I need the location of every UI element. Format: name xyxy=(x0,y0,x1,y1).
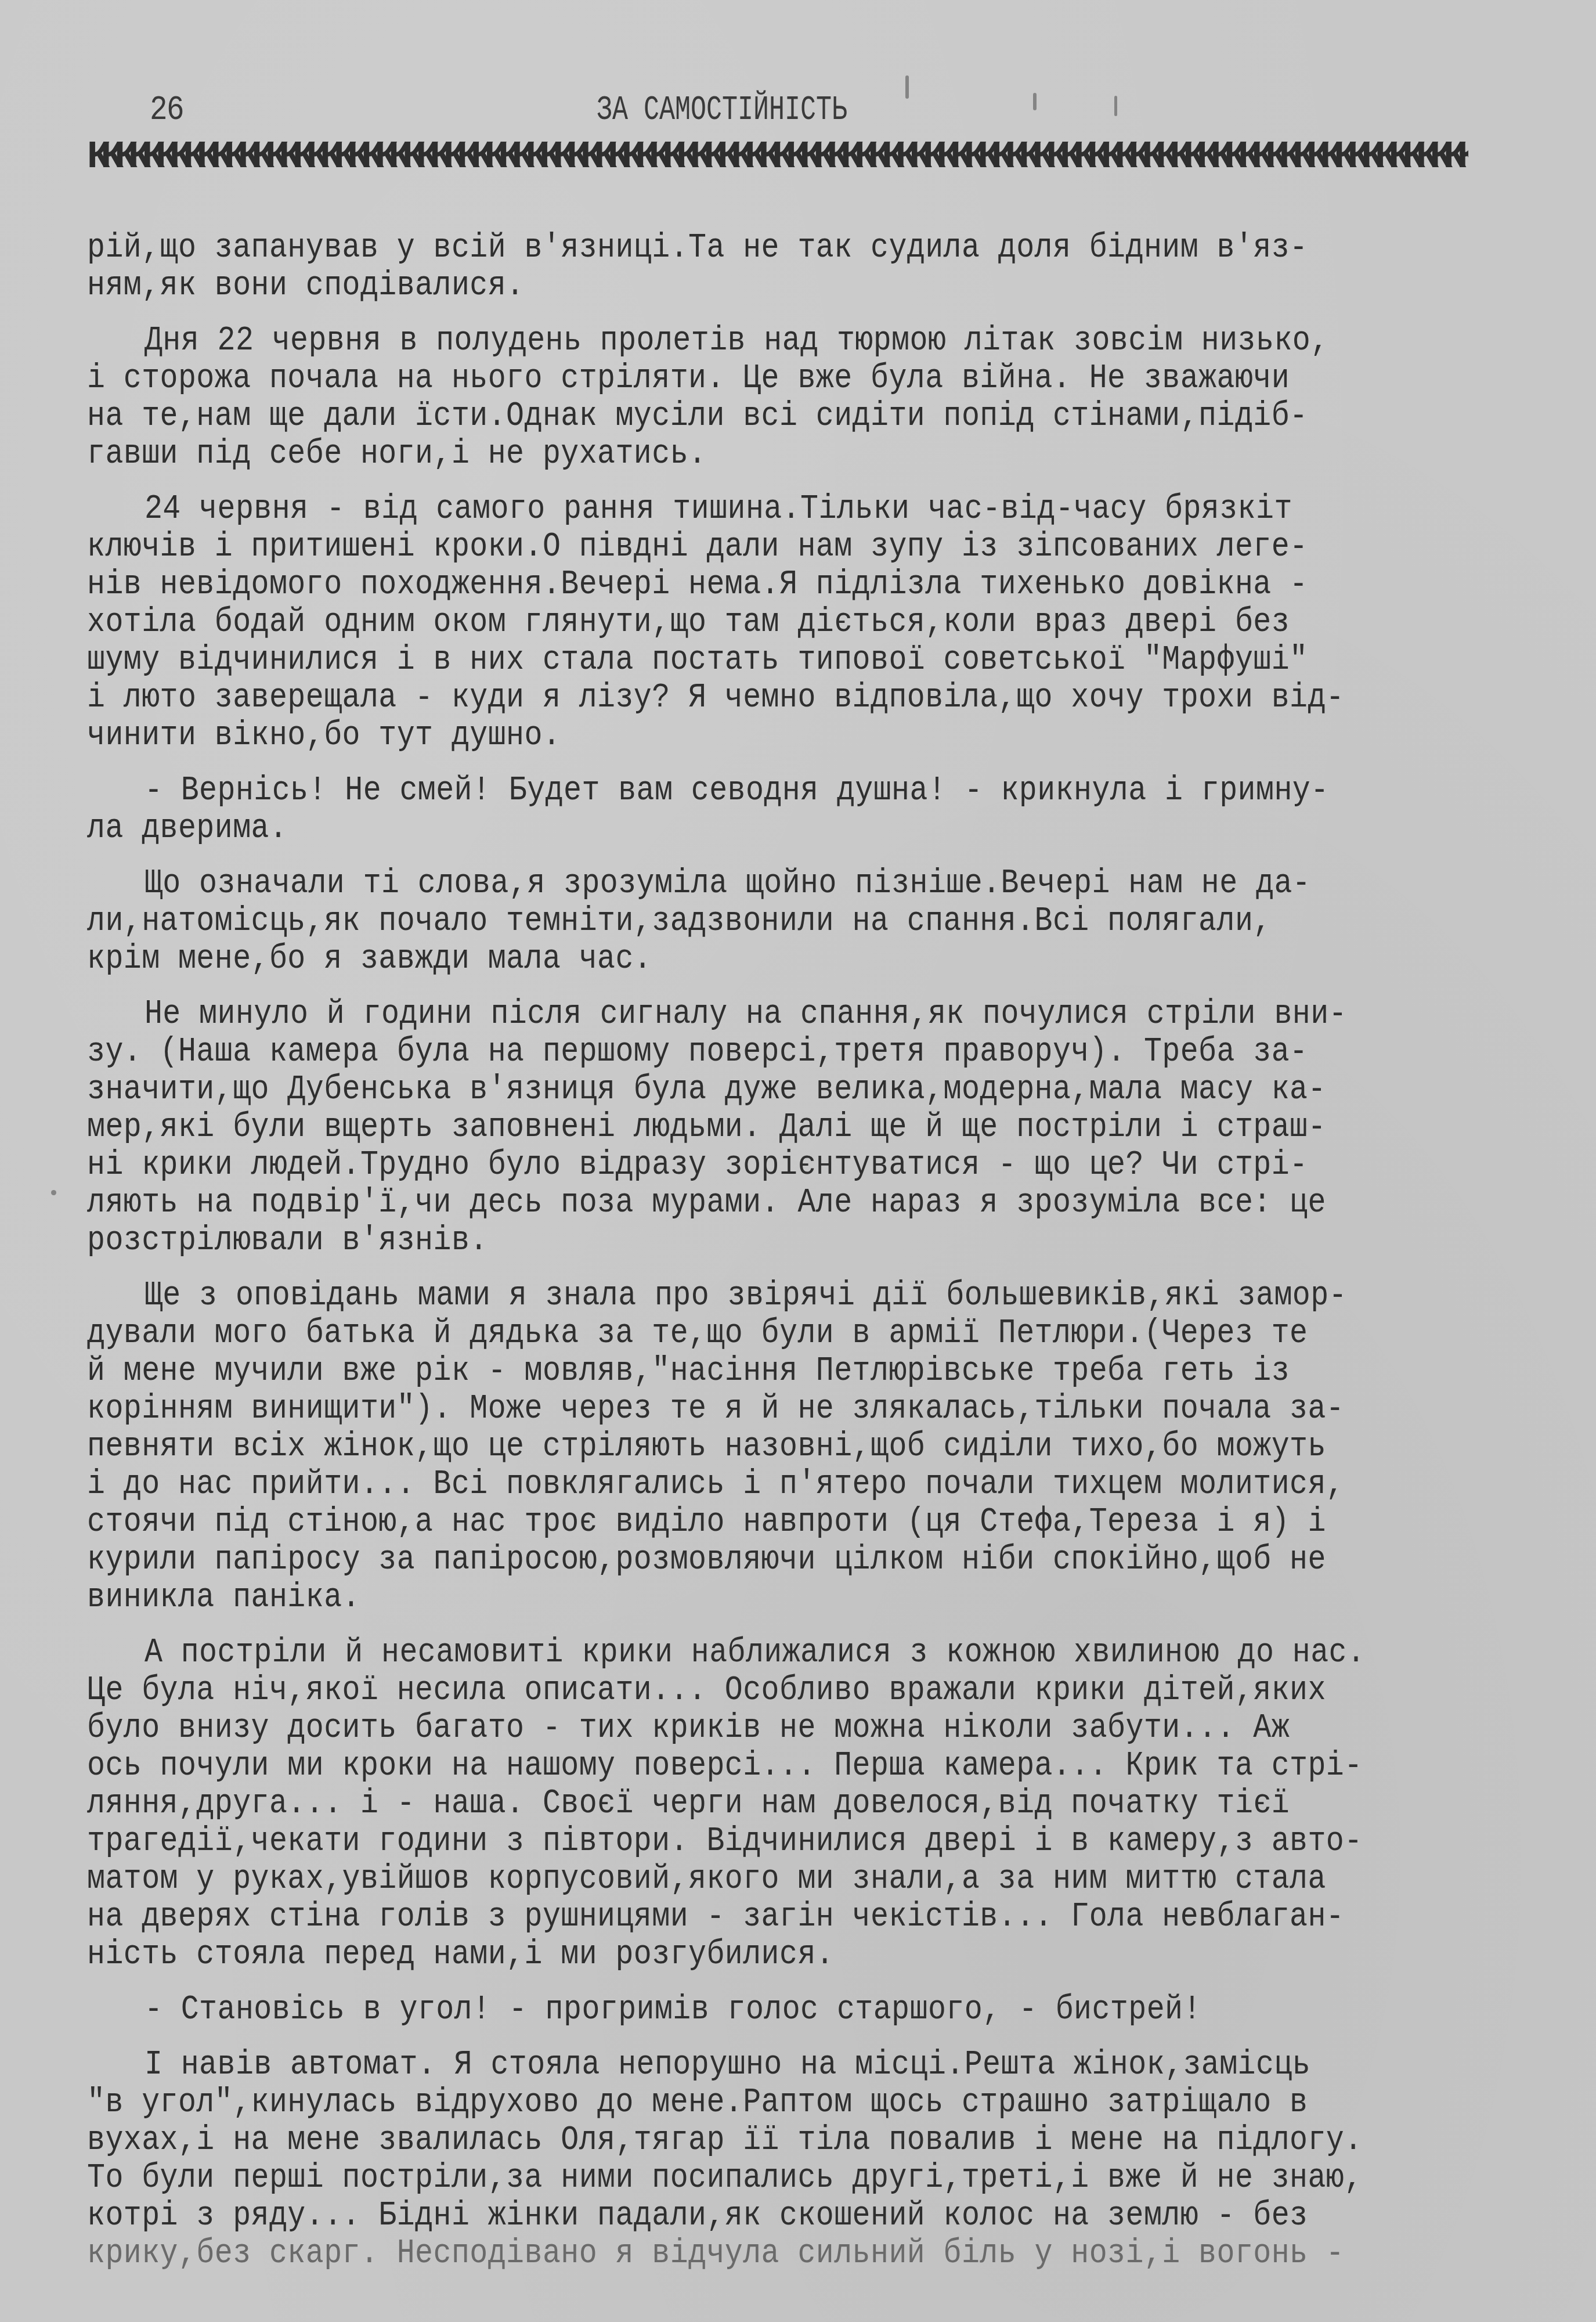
text-line: було внизу досить багато - тих криків не… xyxy=(87,1710,1325,1747)
decorative-typed-rule: КККККККККККККККККККККККККККККККККККККККК… xyxy=(87,139,1468,175)
text-line: трагедії,чекати години з півтори. Відчин… xyxy=(87,1823,1325,1861)
page-header: 26 ЗА САМОСТІЙНІСТЬ xyxy=(150,87,1473,134)
paper-speck xyxy=(905,75,909,99)
paper-speck xyxy=(1033,93,1037,110)
article-body: рій,що запанував у всій в'язниці.Та не т… xyxy=(87,229,1526,2290)
text-line: Це була ніч,якої несила описати... Особл… xyxy=(87,1672,1325,1710)
paragraph-7: Ще з оповідань мами я знала про звірячі … xyxy=(87,1277,1526,1617)
paragraph-8: А постріли й несамовиті крики наближалис… xyxy=(87,1634,1526,1974)
text-line: ключів і притишені кроки.О півдні дали н… xyxy=(87,528,1325,566)
paper-speck xyxy=(51,1190,56,1195)
text-line: дували мого батька й дядька за те,що бул… xyxy=(87,1315,1325,1353)
text-line: стоячи під стіною,а нас троє виділо навп… xyxy=(87,1503,1325,1541)
text-line: шуму відчинилися і в них стала постать т… xyxy=(87,641,1325,679)
text-line: на те,нам ще дали їсти.Однак мусіли всі … xyxy=(87,398,1325,435)
text-line: А постріли й несамовиті крики наближалис… xyxy=(87,1634,1325,1672)
text-line: котрі з ряду... Бідні жінки падали,як ск… xyxy=(87,2197,1325,2235)
text-line: певняти всіх жінок,що це стріляють назов… xyxy=(87,1428,1325,1466)
text-line: курили папіросу за папіросою,розмовляючи… xyxy=(87,1541,1325,1579)
paragraph-6: Не минуло й години після сигналу на спан… xyxy=(87,996,1526,1260)
text-line: І навів автомат. Я стояла непорушно на м… xyxy=(87,2046,1325,2084)
text-line: ням,як вони сподівалися. xyxy=(87,267,1325,305)
text-line: То були перші постріли,за ними посипалис… xyxy=(87,2159,1325,2197)
paragraph-4: - Вернісь! Не смей! Будет вам севодня ду… xyxy=(87,772,1526,848)
text-line: ні крики людей.Трудно було відразу зоріє… xyxy=(87,1146,1325,1184)
text-line: "в угол",кинулась відрухово до мене.Рапт… xyxy=(87,2084,1325,2122)
text-line: і до нас прийти... Всі повклягались і п'… xyxy=(87,1466,1325,1503)
typewritten-page: 26 ЗА САМОСТІЙНІСТЬ КККККККККККККККККККК… xyxy=(0,0,1596,2322)
text-line: Не минуло й години після сигналу на спан… xyxy=(87,996,1325,1033)
text-line: чинити вікно,бо тут душно. xyxy=(87,717,1325,755)
text-line: ла дверима. xyxy=(87,810,1325,848)
text-line: 24 червня - від самого рання тишина.Тіль… xyxy=(87,491,1325,528)
text-line: нів невідомого походження.Вечері нема.Я … xyxy=(87,566,1325,604)
text-line: ляння,друга... і - наша. Своєї черги нам… xyxy=(87,1785,1325,1823)
text-line: - Становісь в угол! - прогримів голос ст… xyxy=(87,1991,1325,2029)
text-line: й мене мучили вже рік - мовляв,"насіння … xyxy=(87,1353,1325,1390)
text-line: зу. (Наша камера була на першому поверсі… xyxy=(87,1033,1325,1071)
text-line: - Вернісь! Не смей! Будет вам севодня ду… xyxy=(87,772,1325,810)
paragraph-3: 24 червня - від самого рання тишина.Тіль… xyxy=(87,491,1526,755)
text-line: ність стояла перед нами,і ми розгубилися… xyxy=(87,1936,1325,1974)
paragraph-2: Дня 22 червня в полудень пролетів над тю… xyxy=(87,322,1526,473)
text-line: і люто заверещала - куди я лізу? Я чемно… xyxy=(87,679,1325,717)
text-line: мер,які були вщерть заповнені людьми. Да… xyxy=(87,1109,1325,1146)
text-line: на дверях стіна голів з рушницями - загі… xyxy=(87,1898,1325,1936)
text-line: значити,що Дубенська в'язниця була дуже … xyxy=(87,1071,1325,1109)
text-line: вухах,і на мене звалилась Оля,тягар її т… xyxy=(87,2122,1325,2159)
text-line: ли,натомісць,як почало темніти,задзвонил… xyxy=(87,903,1325,940)
text-line: розстрілювали в'язнів. xyxy=(87,1222,1325,1260)
paragraph-10: І навів автомат. Я стояла непорушно на м… xyxy=(87,2046,1526,2273)
text-line: крім мене,бо я завжди мала час. xyxy=(87,940,1325,978)
paragraph-5: Що означали ті слова,я зрозуміла щойно п… xyxy=(87,865,1526,978)
text-line: ось почули ми кроки на нашому поверсі...… xyxy=(87,1747,1325,1785)
text-line: гавши під себе ноги,і не рухатись. xyxy=(87,435,1325,473)
text-line: матом у руках,увійшов корпусовий,якого м… xyxy=(87,1861,1325,1898)
text-line: Ще з оповідань мами я знала про звірячі … xyxy=(87,1277,1325,1315)
text-line: крику,без скарг. Несподівано я відчула с… xyxy=(87,2235,1325,2273)
paragraph-1: рій,що запанував у всій в'язниці.Та не т… xyxy=(87,229,1526,305)
journal-title: ЗА САМОСТІЙНІСТЬ xyxy=(597,87,847,134)
text-line: Дня 22 червня в полудень пролетів над тю… xyxy=(87,322,1325,360)
text-line: рій,що запанував у всій в'язниці.Та не т… xyxy=(87,229,1325,267)
text-line: і сторожа почала на нього стріляти. Це в… xyxy=(87,360,1325,398)
page-number: 26 xyxy=(150,87,183,134)
paragraph-9: - Становісь в угол! - прогримів голос ст… xyxy=(87,1991,1526,2029)
text-line: хотіла бодай одним оком глянути,що там д… xyxy=(87,604,1325,641)
text-line: виникла паніка. xyxy=(87,1579,1325,1617)
text-line: Що означали ті слова,я зрозуміла щойно п… xyxy=(87,865,1325,903)
text-line: корінням винищити"). Може через те я й н… xyxy=(87,1390,1325,1428)
paper-speck xyxy=(1114,96,1117,116)
text-line: ляють на подвір'ї,чи десь поза мурами. А… xyxy=(87,1184,1325,1222)
